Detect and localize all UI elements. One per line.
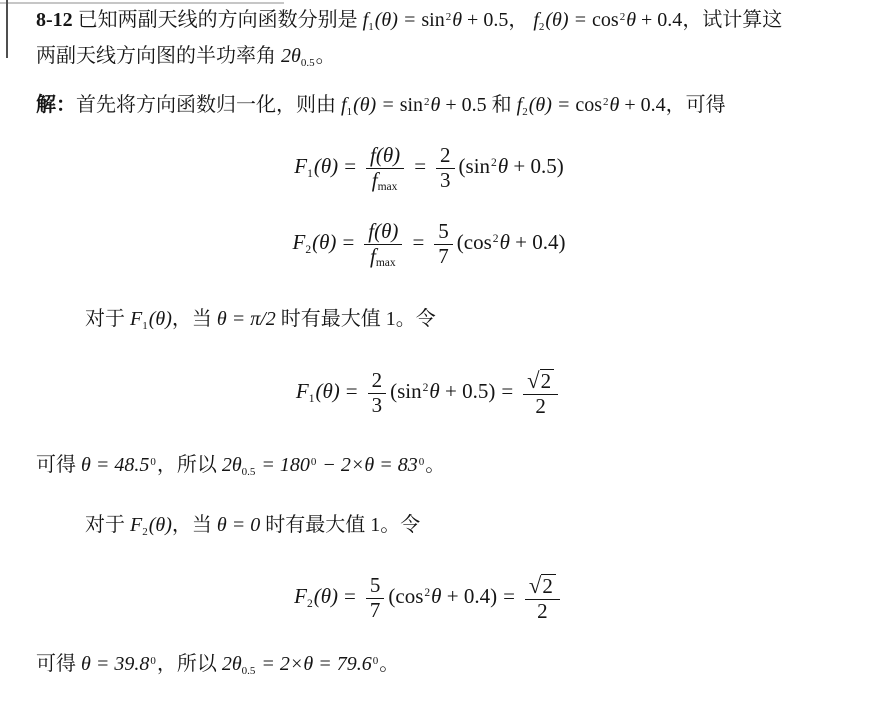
document-page: 8-12 已知两副天线的方向函数分别是 f1(θ) = sin2θ + 0.5，… [0, 0, 878, 711]
sqrt2-over-2: √22 [523, 368, 558, 418]
problem-statement-line1: 8-12 已知两副天线的方向函数分别是 f1(θ) = sin2θ + 0.5，… [36, 7, 782, 34]
math-half-power-angle: 2θ0.5 [281, 45, 316, 67]
radical-sign: √ [527, 368, 539, 393]
ratio-f-over-fmax: f(θ)fmax [366, 144, 404, 192]
solution-label: 解： [36, 94, 76, 116]
and-text: 和 [487, 94, 517, 116]
coef-five-sevenths: 57 [434, 220, 453, 268]
ratio-f-over-fmax: f(θ)fmax [364, 220, 402, 268]
solution-outro-text: ，可得 [666, 94, 726, 116]
f2-lhs: F2(θ) [294, 584, 338, 608]
math-f1-definition: f1(θ) = sin2θ + 0.5 [363, 9, 509, 31]
math-theta-48: θ = 48.5 [81, 454, 149, 476]
problem-outro-text: ，试计算这 [682, 9, 782, 31]
equals-sign: = [503, 584, 515, 608]
paragraph-f1-condition: 对于 F1(θ)，当 θ = π/2 时有最大值 1。令 [85, 306, 436, 333]
f2-lhs: F2(θ) [293, 230, 337, 254]
equals-sign: = [414, 154, 426, 178]
equals-sign: = [501, 379, 513, 403]
coef-two-thirds: 23 [368, 369, 387, 417]
equals-sign: = [412, 230, 424, 254]
problem-intro-text: 已知两副天线的方向函数分别是 [73, 9, 363, 31]
equals-sign: = [346, 379, 358, 403]
formula-f1-normalized: F1(θ)=f(θ)fmax=23(sin2θ + 0.5) [0, 144, 868, 192]
coef-five-sevenths: 57 [366, 574, 385, 622]
solution-intro-text: 首先将方向函数归一化，则由 [76, 94, 341, 116]
f1-lhs: F1(θ) [294, 154, 338, 178]
radical-sign: √ [529, 573, 541, 598]
math-F2: F2(θ) [130, 514, 172, 536]
equals-sign: = [344, 154, 356, 178]
math-F1: F1(θ) [130, 308, 172, 330]
problem-number: 8-12 [36, 9, 73, 31]
math-theta-39: θ = 39.8 [81, 653, 149, 675]
solution-intro-line: 解：首先将方向函数归一化，则由 f1(θ) = sin2θ + 0.5 和 f2… [36, 92, 726, 119]
period: 。 [316, 45, 336, 67]
equals-sign: = [344, 584, 356, 608]
math-2theta: 2θ [222, 454, 242, 476]
formula-f1-half-power: F1(θ)=23(sin2θ + 0.5)=√22 [0, 368, 868, 418]
scan-left-border-line [6, 0, 8, 58]
math-f2-definition: f2(θ) = cos2θ + 0.4 [533, 9, 682, 31]
scan-top-border-line [0, 2, 284, 4]
f1-lhs: F1(θ) [296, 379, 340, 403]
math-theta-condition: θ = 0 [217, 514, 265, 536]
result-f2-line: 可得 θ = 39.80，所以 2θ0.5 = 2×θ = 79.60。 [36, 651, 399, 678]
f1-body: (sin2θ + 0.5) [459, 154, 564, 178]
problem-cont-text: 两副天线方向图的半功率角 [36, 45, 281, 67]
math-theta-condition: θ = π/2 [217, 308, 281, 330]
f1-body: (sin2θ + 0.5) [390, 379, 495, 403]
formula-f2-normalized: F2(θ)=f(θ)fmax=57(cos2θ + 0.4) [0, 220, 868, 268]
sqrt2-over-2: √22 [525, 573, 560, 623]
math-f1-definition-repeat: f1(θ) = sin2θ + 0.5 [341, 94, 487, 116]
f2-body: (cos2θ + 0.4) [457, 230, 566, 254]
math-2theta: 2θ [222, 653, 242, 675]
problem-statement-line2: 两副天线方向图的半功率角 2θ0.5。 [36, 43, 336, 70]
result-f1-line: 可得 θ = 48.50，所以 2θ0.5 = 1800 − 2×θ = 830… [36, 452, 445, 479]
paragraph-f2-condition: 对于 F2(θ)，当 θ = 0 时有最大值 1。令 [85, 512, 420, 539]
equals-sign: = [342, 230, 354, 254]
comma-separator: ， [508, 9, 533, 31]
formula-f2-half-power: F2(θ)=57(cos2θ + 0.4)=√22 [0, 573, 868, 623]
coef-two-thirds: 23 [436, 144, 455, 192]
math-f2-definition-repeat: f2(θ) = cos2θ + 0.4 [517, 94, 666, 116]
f2-body: (cos2θ + 0.4) [388, 584, 497, 608]
